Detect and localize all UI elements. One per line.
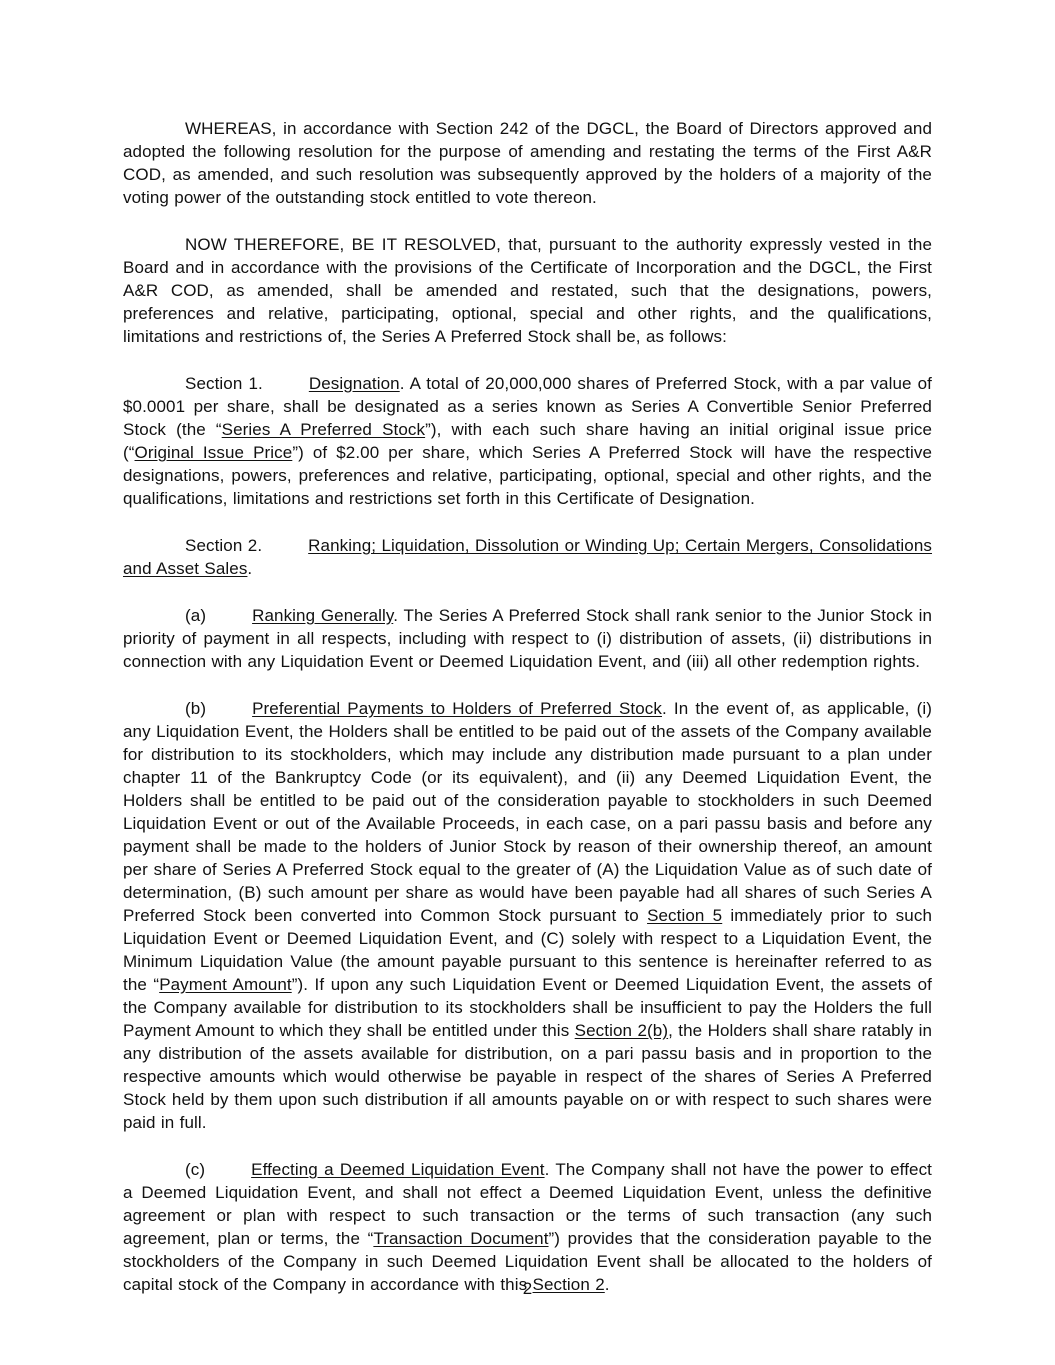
document-body: WHEREAS, in accordance with Section 242 … (123, 117, 932, 1296)
paragraph-now-therefore: NOW THEREFORE, BE IT RESOLVED, that, pur… (123, 233, 932, 348)
paragraph-whereas: WHEREAS, in accordance with Section 242 … (123, 117, 932, 209)
section-2-heading: Section 2.Ranking; Liquidation, Dissolut… (123, 534, 932, 580)
subsection-c-effecting-deemed-liquidation-paragraph: (c)Effecting a Deemed Liquidation Event.… (123, 1158, 932, 1296)
subsection-b-preferential-payments-paragraph: (b)Preferential Payments to Holders of P… (123, 697, 932, 1134)
section-1-designation-paragraph: Section 1.Designation. A total of 20,000… (123, 372, 932, 510)
subsection-a-ranking-generally-paragraph: (a)Ranking Generally. The Series A Prefe… (123, 604, 932, 673)
document-page: WHEREAS, in accordance with Section 242 … (0, 0, 1055, 1365)
page-number: 2 (0, 1277, 1055, 1300)
